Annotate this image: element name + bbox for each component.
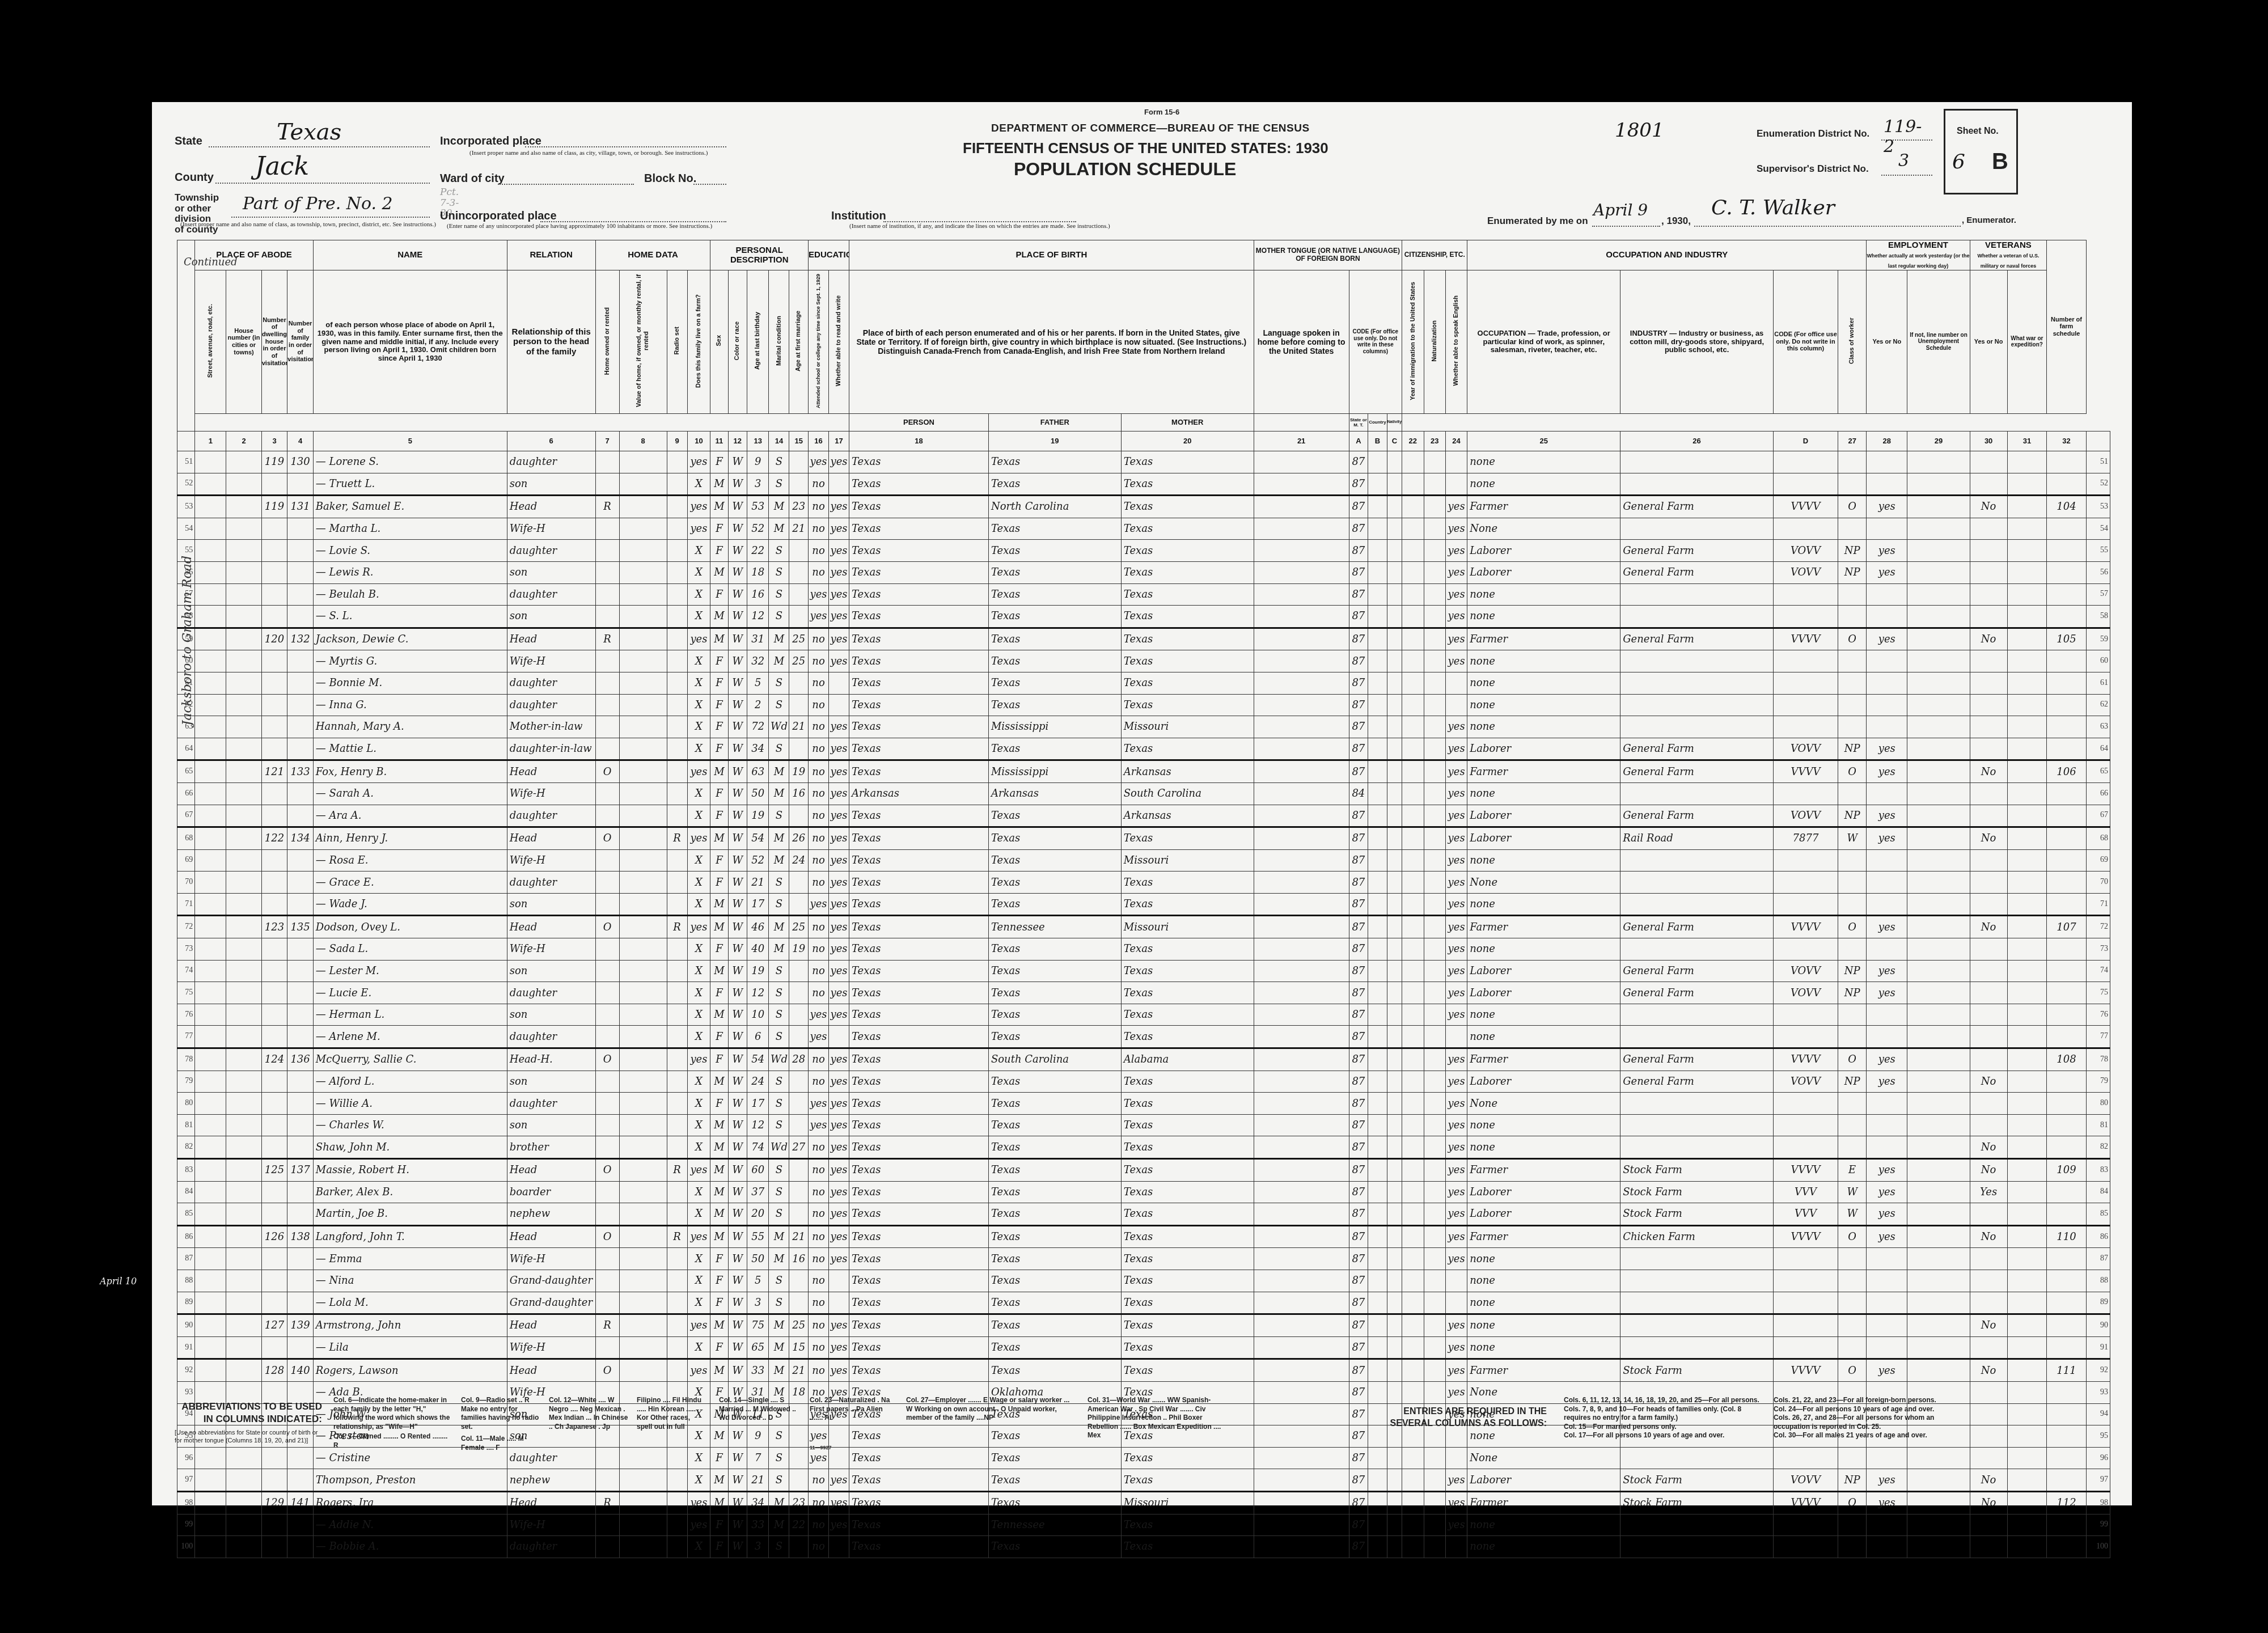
code-state: 87 xyxy=(1349,540,1368,562)
birthplace-mother: Texas xyxy=(1121,938,1254,961)
line-number-right: 88 xyxy=(2086,1270,2110,1292)
marital-status: S xyxy=(769,872,789,894)
occupation-code: VOVV xyxy=(1774,982,1838,1004)
code-state: 87 xyxy=(1349,1114,1368,1136)
veteran xyxy=(1970,872,2007,894)
war xyxy=(2007,1359,2047,1382)
col28-header: Yes or No xyxy=(1867,270,1907,414)
age-first-marriage: 19 xyxy=(789,938,809,961)
code-nativity xyxy=(1387,672,1402,694)
birthplace-father: Texas xyxy=(988,1114,1121,1136)
group-education: EDUCATION xyxy=(809,240,849,270)
home-value xyxy=(619,760,667,783)
enumerated-year: , 1930, xyxy=(1661,215,1691,227)
birthplace-person: Texas xyxy=(849,1425,989,1448)
code-state: 87 xyxy=(1349,672,1368,694)
farm-schedule-number xyxy=(2047,1292,2087,1314)
birthplace-father: Texas xyxy=(988,1159,1121,1182)
dwelling-number xyxy=(261,1181,287,1203)
marital-status: M xyxy=(769,782,789,805)
naturalization xyxy=(1424,760,1445,783)
code-state: 87 xyxy=(1349,827,1368,850)
census-row: 64— Mattie L.daughter-in-lawXFW34SnoyesT… xyxy=(177,738,2110,760)
age: 12 xyxy=(747,606,769,628)
birthplace-father: Texas xyxy=(988,583,1121,606)
sex: F xyxy=(710,694,728,716)
can-read-write: yes xyxy=(829,1225,849,1248)
industry xyxy=(1620,583,1774,606)
person-name: — Grace E. xyxy=(313,872,507,894)
radio-set xyxy=(667,1292,687,1314)
occupation-code: VVVV xyxy=(1774,1491,1838,1514)
at-work xyxy=(1867,1292,1907,1314)
can-read-write: yes xyxy=(829,872,849,894)
home-owned xyxy=(595,473,619,496)
home-owned xyxy=(595,1248,619,1270)
radio-set xyxy=(667,1203,687,1226)
street xyxy=(195,1514,226,1536)
occupation-code xyxy=(1774,650,1838,672)
occupation: none xyxy=(1467,606,1620,628)
war xyxy=(2007,583,2047,606)
class-of-worker xyxy=(1838,938,1866,961)
lives-on-farm: yes xyxy=(687,1491,710,1514)
industry: Rail Road xyxy=(1620,827,1774,850)
war xyxy=(2007,1248,2047,1270)
immigration-year xyxy=(1402,938,1424,961)
lives-on-farm: X xyxy=(687,1248,710,1270)
farm-schedule-number xyxy=(2047,960,2087,982)
birthplace-person: Texas xyxy=(849,827,989,850)
class-of-worker: O xyxy=(1838,1048,1866,1071)
marital-status: S xyxy=(769,1536,789,1558)
race: W xyxy=(728,1114,747,1136)
street xyxy=(195,738,226,760)
class-of-worker: O xyxy=(1838,496,1866,518)
dwelling-number: 121 xyxy=(261,760,287,783)
war xyxy=(2007,916,2047,938)
home-owned xyxy=(595,872,619,894)
home-value xyxy=(619,1491,667,1514)
relationship: daughter-in-law xyxy=(507,738,595,760)
marital-status: M xyxy=(769,760,789,783)
occupation: none xyxy=(1467,694,1620,716)
dwelling-number: 127 xyxy=(261,1314,287,1337)
street xyxy=(195,1336,226,1359)
naturalization xyxy=(1424,827,1445,850)
code-country xyxy=(1368,694,1387,716)
enumerated-label: Enumerated by me on xyxy=(1487,215,1588,227)
age-first-marriage xyxy=(789,1270,809,1292)
code-country xyxy=(1368,583,1387,606)
marital-status: S xyxy=(769,1292,789,1314)
occupation-code: VVVV xyxy=(1774,1048,1838,1071)
relationship: son xyxy=(507,1114,595,1136)
abbrev-col12: Col. 12—White .... W Negro .... Neg Mexi… xyxy=(549,1396,631,1431)
code-state: 87 xyxy=(1349,561,1368,583)
occupation-code: VOVV xyxy=(1774,1469,1838,1492)
birthplace-father: Texas xyxy=(988,872,1121,894)
person-name: Jackson, Dewie C. xyxy=(313,628,507,650)
lives-on-farm: X xyxy=(687,1469,710,1492)
radio-set xyxy=(667,1248,687,1270)
veteran xyxy=(1970,849,2007,872)
family-number xyxy=(287,1447,314,1469)
birthplace-person: Texas xyxy=(849,606,989,628)
speaks-english: yes xyxy=(1445,1336,1467,1359)
family-number xyxy=(287,473,314,496)
mother-tongue xyxy=(1254,1314,1349,1337)
radio-set xyxy=(667,1026,687,1048)
can-read-write: yes xyxy=(829,849,849,872)
code-nativity xyxy=(1387,872,1402,894)
race: W xyxy=(728,1048,747,1071)
code-state: 87 xyxy=(1349,1359,1368,1382)
war xyxy=(2007,518,2047,540)
census-row: 99— Addie N.Wife-HyesFW33M22noyesTexasTe… xyxy=(177,1514,2110,1536)
attended-school: no xyxy=(809,1136,829,1159)
veteran xyxy=(1970,938,2007,961)
radio-set xyxy=(667,1004,687,1026)
col4-header: Number of family in order of visitation xyxy=(287,270,314,414)
can-read-write: yes xyxy=(829,1203,849,1226)
lives-on-farm: X xyxy=(687,1004,710,1026)
immigration-year xyxy=(1402,583,1424,606)
birthplace-person: Texas xyxy=(849,849,989,872)
relationship: daughter xyxy=(507,540,595,562)
line-number-right: 76 xyxy=(2086,1004,2110,1026)
col21-header: Language spoken in home before coming to… xyxy=(1254,270,1349,414)
house-number xyxy=(226,716,261,738)
naturalization xyxy=(1424,716,1445,738)
attended-school: no xyxy=(809,1469,829,1492)
lives-on-farm: X xyxy=(687,1447,710,1469)
house-number xyxy=(226,1225,261,1248)
code-country xyxy=(1368,1136,1387,1159)
dwelling-number xyxy=(261,849,287,872)
person-name: — Herman L. xyxy=(313,1004,507,1026)
immigration-year xyxy=(1402,1292,1424,1314)
class-of-worker: W xyxy=(1838,1203,1866,1226)
immigration-year xyxy=(1402,561,1424,583)
radio-set xyxy=(667,650,687,672)
street xyxy=(195,650,226,672)
at-work xyxy=(1867,1093,1907,1115)
code-country xyxy=(1368,451,1387,473)
unemployment-line xyxy=(1907,916,1970,938)
line-number-right: 87 xyxy=(2086,1248,2110,1270)
birthplace-person: Texas xyxy=(849,1514,989,1536)
house-number xyxy=(226,938,261,961)
radio-set xyxy=(667,628,687,650)
census-row: 81— Charles W.sonXMW12SyesyesTexasTexasT… xyxy=(177,1114,2110,1136)
war xyxy=(2007,473,2047,496)
dwelling-number xyxy=(261,805,287,827)
column-number: 13 xyxy=(747,431,769,451)
class-of-worker xyxy=(1838,1093,1866,1115)
immigration-year xyxy=(1402,496,1424,518)
house-number xyxy=(226,1248,261,1270)
census-row: 85Martin, Joe B.nephewXMW20SnoyesTexasTe… xyxy=(177,1203,2110,1226)
class-of-worker xyxy=(1838,694,1866,716)
radio-set xyxy=(667,1093,687,1115)
family-number xyxy=(287,1181,314,1203)
marital-status: M xyxy=(769,1248,789,1270)
home-owned: O xyxy=(595,916,619,938)
attended-school: no xyxy=(809,916,829,938)
birthplace-mother: Texas xyxy=(1121,982,1254,1004)
mother-tongue xyxy=(1254,1270,1349,1292)
speaks-english: yes xyxy=(1445,1359,1467,1382)
street xyxy=(195,1203,226,1226)
immigration-year xyxy=(1402,694,1424,716)
unemployment-line xyxy=(1907,496,1970,518)
home-value xyxy=(619,540,667,562)
group-employment: EMPLOYMENTWhether actually at work yeste… xyxy=(1867,240,1970,270)
dwelling-number xyxy=(261,1203,287,1226)
war xyxy=(2007,1270,2047,1292)
industry: Chicken Farm xyxy=(1620,1225,1774,1248)
abbrev-col6: Col. 6—Indicate the home-maker in each f… xyxy=(333,1396,452,1431)
code-nativity xyxy=(1387,1159,1402,1182)
house-number xyxy=(226,1071,261,1093)
family-number xyxy=(287,893,314,916)
lives-on-farm: X xyxy=(687,1336,710,1359)
house-number xyxy=(226,496,261,518)
enumerator-name: C. T. Walker xyxy=(1711,196,1835,219)
person-name: — Addie N. xyxy=(313,1514,507,1536)
speaks-english xyxy=(1445,1270,1467,1292)
farm-schedule-number xyxy=(2047,650,2087,672)
sex: F xyxy=(710,849,728,872)
code-state: 87 xyxy=(1349,583,1368,606)
age: 74 xyxy=(747,1136,769,1159)
age-first-marriage: 16 xyxy=(789,782,809,805)
occupation-code: VVV xyxy=(1774,1203,1838,1226)
street xyxy=(195,1181,226,1203)
street xyxy=(195,827,226,850)
naturalization xyxy=(1424,805,1445,827)
farm-schedule-number xyxy=(2047,782,2087,805)
home-value xyxy=(619,782,667,805)
speaks-english xyxy=(1445,694,1467,716)
house-number xyxy=(226,1292,261,1314)
class-of-worker: O xyxy=(1838,1359,1866,1382)
street xyxy=(195,782,226,805)
col23-header: Naturalization xyxy=(1424,270,1445,414)
mother-tongue xyxy=(1254,1071,1349,1093)
spacer xyxy=(507,414,595,431)
veteran xyxy=(1970,1403,2007,1425)
street xyxy=(195,540,226,562)
industry xyxy=(1620,1336,1774,1359)
census-row: 54— Martha L.Wife-HyesFW52M21noyesTexasT… xyxy=(177,518,2110,540)
sex: F xyxy=(710,716,728,738)
code-country xyxy=(1368,518,1387,540)
street xyxy=(195,451,226,473)
war xyxy=(2007,1114,2047,1136)
street xyxy=(195,1248,226,1270)
unemployment-line xyxy=(1907,1270,1970,1292)
farm-schedule-number xyxy=(2047,805,2087,827)
home-value xyxy=(619,496,667,518)
lives-on-farm: yes xyxy=(687,628,710,650)
code-state: 87 xyxy=(1349,872,1368,894)
census-row: 100— Bobbie A.daughterXFW3SnoTexasTexasT… xyxy=(177,1536,2110,1558)
attended-school: no xyxy=(809,540,829,562)
line-number-right: 52 xyxy=(2086,473,2110,496)
farm-schedule-number xyxy=(2047,1536,2087,1558)
family-number: 130 xyxy=(287,451,314,473)
col16-header: Attended school or college any time sinc… xyxy=(809,270,829,414)
home-owned: O xyxy=(595,760,619,783)
person-name: — Lucie E. xyxy=(313,982,507,1004)
naturalization xyxy=(1424,1491,1445,1514)
birthplace-father: Texas xyxy=(988,1093,1121,1115)
age-first-marriage: 25 xyxy=(789,1314,809,1337)
house-number xyxy=(226,606,261,628)
mother-tongue xyxy=(1254,916,1349,938)
home-owned: R xyxy=(595,628,619,650)
occupation-code xyxy=(1774,1114,1838,1136)
unemployment-line xyxy=(1907,583,1970,606)
code-country xyxy=(1368,982,1387,1004)
occupation-code xyxy=(1774,1292,1838,1314)
attended-school: no xyxy=(809,982,829,1004)
person-name: Armstrong, John xyxy=(313,1314,507,1337)
dwelling-number xyxy=(261,1004,287,1026)
speaks-english: yes xyxy=(1445,1071,1467,1093)
naturalization xyxy=(1424,1225,1445,1248)
attended-school: no xyxy=(809,1491,829,1514)
family-number xyxy=(287,694,314,716)
industry xyxy=(1620,1514,1774,1536)
sex: M xyxy=(710,916,728,938)
home-value xyxy=(619,1071,667,1093)
veteran: No xyxy=(1970,1469,2007,1492)
birthplace-father: Texas xyxy=(988,1248,1121,1270)
occupation-code xyxy=(1774,451,1838,473)
relationship: Head xyxy=(507,827,595,850)
birthplace-mother: Texas xyxy=(1121,540,1254,562)
birthplace-mother: Texas xyxy=(1121,451,1254,473)
line-number-right: 68 xyxy=(2086,827,2110,850)
house-number xyxy=(226,1026,261,1048)
class-of-worker xyxy=(1838,716,1866,738)
line-number-right: 83 xyxy=(2086,1159,2110,1182)
naturalization xyxy=(1424,518,1445,540)
class-of-worker xyxy=(1838,672,1866,694)
sex: F xyxy=(710,738,728,760)
marital-status: S xyxy=(769,960,789,982)
home-owned xyxy=(595,1514,619,1536)
marital-status: S xyxy=(769,1004,789,1026)
industry: General Farm xyxy=(1620,805,1774,827)
speaks-english: yes xyxy=(1445,628,1467,650)
census-row: 86126138Langford, John T.HeadORyesMW55M2… xyxy=(177,1225,2110,1248)
at-work: yes xyxy=(1867,760,1907,783)
lives-on-farm: X xyxy=(687,960,710,982)
code-state: 87 xyxy=(1349,1336,1368,1359)
home-owned xyxy=(595,518,619,540)
birthplace-person: Texas xyxy=(849,1270,989,1292)
relationship: Grand-daughter xyxy=(507,1292,595,1314)
war xyxy=(2007,1004,2047,1026)
sex: M xyxy=(710,1114,728,1136)
immigration-year xyxy=(1402,473,1424,496)
race: W xyxy=(728,916,747,938)
relationship: nephew xyxy=(507,1203,595,1226)
immigration-year xyxy=(1402,1136,1424,1159)
line-number-right: 85 xyxy=(2086,1203,2110,1226)
dwelling-number xyxy=(261,1292,287,1314)
marital-status: S xyxy=(769,1425,789,1448)
marital-status: S xyxy=(769,1026,789,1048)
birthplace-person: Texas xyxy=(849,1071,989,1093)
industry xyxy=(1620,1447,1774,1469)
state-label: State xyxy=(175,135,202,148)
home-value xyxy=(619,716,667,738)
can-read-write: yes xyxy=(829,1359,849,1382)
war xyxy=(2007,872,2047,894)
farm-schedule-number xyxy=(2047,1314,2087,1337)
group-veterans: VETERANSWhether a veteran of U.S. milita… xyxy=(1970,240,2047,270)
relationship: Wife-H xyxy=(507,938,595,961)
age-first-marriage xyxy=(789,1469,809,1492)
age: 5 xyxy=(747,1270,769,1292)
speaks-english: yes xyxy=(1445,872,1467,894)
entries-8: Col. 30—For all males 21 years of age an… xyxy=(1774,1431,1966,1440)
lives-on-farm: X xyxy=(687,938,710,961)
race: W xyxy=(728,1270,747,1292)
age-first-marriage xyxy=(789,1292,809,1314)
race: W xyxy=(728,1004,747,1026)
dwelling-number xyxy=(261,738,287,760)
radio-set xyxy=(667,561,687,583)
mother-tongue xyxy=(1254,760,1349,783)
family-number xyxy=(287,606,314,628)
column-number: 20 xyxy=(1121,431,1254,451)
home-owned xyxy=(595,849,619,872)
race: W xyxy=(728,1425,747,1448)
occupation-code: VOVV xyxy=(1774,805,1838,827)
race: W xyxy=(728,473,747,496)
house-number xyxy=(226,1314,261,1337)
mother-tongue xyxy=(1254,518,1349,540)
attended-school: no xyxy=(809,561,829,583)
occupation-code xyxy=(1774,1447,1838,1469)
col14-header: Marital condition xyxy=(769,270,789,414)
birthplace-mother: Texas xyxy=(1121,827,1254,850)
industry: General Farm xyxy=(1620,1048,1774,1071)
unemployment-line xyxy=(1907,451,1970,473)
relationship: Head xyxy=(507,1491,595,1514)
age: 6 xyxy=(747,1026,769,1048)
attended-school: no xyxy=(809,1071,829,1093)
war xyxy=(2007,1093,2047,1115)
abbrev-col7: Col. 7—Owned ........ O Rented ........ … xyxy=(333,1432,452,1450)
family-number: 136 xyxy=(287,1048,314,1071)
can-read-write: yes xyxy=(829,1248,849,1270)
marital-status: S xyxy=(769,451,789,473)
industry: General Farm xyxy=(1620,1071,1774,1093)
occupation: Laborer xyxy=(1467,561,1620,583)
speaks-english: yes xyxy=(1445,1181,1467,1203)
immigration-year xyxy=(1402,1270,1424,1292)
sex: M xyxy=(710,1159,728,1182)
industry xyxy=(1620,1292,1774,1314)
mother-tongue xyxy=(1254,606,1349,628)
